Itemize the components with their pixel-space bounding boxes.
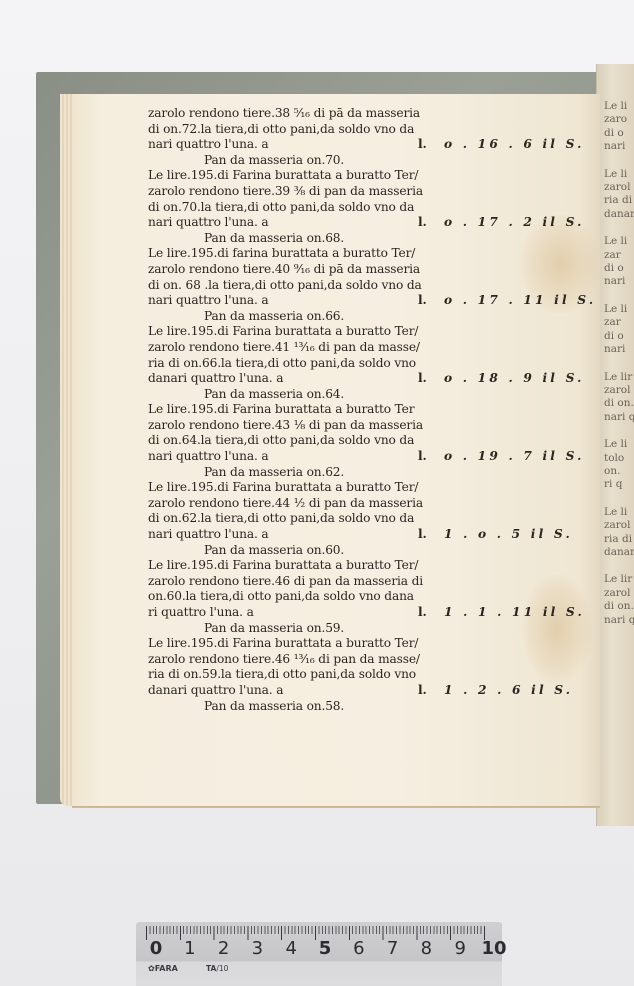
paragraph-gap [604, 357, 634, 371]
paragraph-gap [604, 289, 634, 303]
ruler-numbers: 012345678910 [142, 938, 502, 960]
text-line: on.60.la tiera,di otto pani,da soldo vno… [148, 589, 592, 605]
lire-mark: l. [418, 137, 427, 153]
paragraph-gap [604, 221, 634, 235]
ruler-model: TA/10 [206, 964, 228, 973]
lire-mark: l. [418, 527, 427, 543]
text-line: zarolo rendono tiere.46 ¹³⁄₁₆ di pan da … [148, 652, 592, 668]
line-text: di on.70.la tiera,di otto pani,da soldo … [148, 200, 414, 216]
text-line: zarolo rendono tiere.44 ¹⁄₂ di pan da ma… [148, 496, 592, 512]
price-value: o . 17 . 2 il S. [444, 215, 585, 231]
page-text: zarolo rendono tiere.38 ⁵⁄₁₆ di pā da ma… [148, 106, 592, 714]
line-text: Pan da masseria on.60. [204, 543, 344, 559]
text-line: ria di on.66.la tiera,di otto pani,da so… [148, 356, 592, 372]
line-text: di on.72.la tiera,di otto pani,da soldo … [148, 122, 414, 138]
next-page-line: ria di [604, 533, 634, 546]
text-line: zarolo rendono tiere.41 ¹³⁄₁₆ di pan da … [148, 340, 592, 356]
line-text: nari quattro l'una. a [148, 293, 269, 309]
section-heading: Pan da masseria on.60. [148, 543, 592, 559]
next-page-line: Le lir [604, 573, 634, 586]
ruler-number: 6 [353, 938, 364, 959]
next-page-line: di o [604, 330, 634, 343]
line-text: zarolo rendono tiere.39 ³⁄₈ di pan da ma… [148, 184, 423, 200]
lire-mark: l. [418, 605, 427, 621]
text-line: di on. 68 .la tiera,di otto pani,da sold… [148, 278, 592, 294]
next-page-line: di on. [604, 397, 634, 410]
text-line: di on.62.la tiera,di otto pani,da soldo … [148, 511, 592, 527]
price-value: o . 18 . 9 il S. [444, 371, 585, 387]
lire-mark: l. [418, 449, 427, 465]
line-text: Pan da masseria on.58. [204, 699, 344, 715]
next-page-line: zar [604, 316, 634, 329]
price-value: o . 17 . 11 il S. [444, 293, 596, 309]
price-value: 1 . 1 . 11 il S. [444, 605, 585, 621]
line-text: Le lire.195.di Farina burattata a buratt… [148, 168, 418, 184]
ruler-number: 8 [421, 938, 432, 959]
next-page-line: danar [604, 208, 634, 221]
section-heading: Pan da masseria on.59. [148, 621, 592, 637]
line-text: ria di on.59.la tiera,di otto pani,da so… [148, 667, 416, 683]
brand-logo-icon: ✿ [148, 964, 155, 973]
next-page-line: zar [604, 249, 634, 262]
next-page-fragment: Le lizarodi onariLe lizarolria didanarLe… [604, 100, 634, 720]
text-line: zarolo rendono tiere.39 ³⁄₈ di pan da ma… [148, 184, 592, 200]
next-page-line: ria di [604, 194, 634, 207]
next-page-line: di o [604, 262, 634, 275]
next-page-line: nari [604, 140, 634, 153]
ruler-number: 2 [218, 938, 229, 959]
ruler-number: 10 [481, 938, 506, 959]
line-text: zarolo rendono tiere.40 ⁹⁄₁₆ di pā da ma… [148, 262, 420, 278]
price-value: 1 . o . 5 il S. [444, 527, 573, 543]
line-text: on.60.la tiera,di otto pani,da soldo vno… [148, 589, 414, 605]
price-entry-line: nari quattro l'una. al.o . 16 . 6 il S. [148, 137, 592, 153]
price-value: 1 . 2 . 6 il S. [444, 683, 573, 699]
price-entry-line: nari quattro l'una. al.1 . o . 5 il S. [148, 527, 592, 543]
ruler-number: 1 [184, 938, 195, 959]
paragraph-gap [604, 559, 634, 573]
text-line: di on.72.la tiera,di otto pani,da soldo … [148, 122, 592, 138]
brand-text: FARA [155, 964, 178, 973]
text-line: di on.64.la tiera,di otto pani,da soldo … [148, 433, 592, 449]
lire-mark: l. [418, 215, 427, 231]
next-page-line: Le li [604, 506, 634, 519]
line-text: nari quattro l'una. a [148, 527, 269, 543]
paragraph-gap [604, 424, 634, 438]
line-text: Pan da masseria on.59. [204, 621, 344, 637]
line-text: Pan da masseria on.66. [204, 309, 344, 325]
ruler-number: 3 [252, 938, 263, 959]
next-page-line: zaro [604, 113, 634, 126]
line-text: zarolo rendono tiere.46 ¹³⁄₁₆ di pan da … [148, 652, 420, 668]
model-prefix: TA [206, 964, 216, 973]
next-page-line: Le lir [604, 371, 634, 384]
line-text: Le lire.195.di Farina burattata a buratt… [148, 480, 418, 496]
text-line: zarolo rendono tiere.40 ⁹⁄₁₆ di pā da ma… [148, 262, 592, 278]
ruler-number: 7 [387, 938, 398, 959]
line-text: zarolo rendono tiere.44 ¹⁄₂ di pan da ma… [148, 496, 423, 512]
model-suffix: /10 [216, 964, 228, 973]
price-entry-line: danari quattro l'una. al.o . 18 . 9 il S… [148, 371, 592, 387]
next-page-line: Le li [604, 100, 634, 113]
next-page-line: zarol [604, 587, 634, 600]
next-page-line: on. [604, 465, 634, 478]
lire-mark: l. [418, 293, 427, 309]
section-heading: Pan da masseria on.66. [148, 309, 592, 325]
next-page-line: nari [604, 275, 634, 288]
next-page-line: Le li [604, 168, 634, 181]
text-line: ria di on.59.la tiera,di otto pani,da so… [148, 667, 592, 683]
next-page-line: nari q [604, 411, 634, 424]
paragraph-gap [604, 492, 634, 506]
line-text: Pan da masseria on.62. [204, 465, 344, 481]
next-page-line: Le li [604, 438, 634, 451]
price-entry-line: ri quattro l'una. al.1 . 1 . 11 il S. [148, 605, 592, 621]
price-entry-line: nari quattro l'una. al.o . 17 . 2 il S. [148, 215, 592, 231]
line-text: zarolo rendono tiere.38 ⁵⁄₁₆ di pā da ma… [148, 106, 420, 122]
line-text: di on. 68 .la tiera,di otto pani,da sold… [148, 278, 422, 294]
line-text: nari quattro l'una. a [148, 137, 269, 153]
ruler-number: 9 [454, 938, 465, 959]
line-text: nari quattro l'una. a [148, 215, 269, 231]
line-text: zarolo rendono tiere.46 di pan da masser… [148, 574, 423, 590]
section-heading: Pan da masseria on.64. [148, 387, 592, 403]
section-heading: Pan da masseria on.58. [148, 699, 592, 715]
price-value: o . 16 . 6 il S. [444, 137, 585, 153]
ruler-brand: ✿FARA [148, 964, 178, 973]
lire-mark: l. [418, 683, 427, 699]
line-text: danari quattro l'una. a [148, 371, 283, 387]
price-entry-line: danari quattro l'una. al.1 . 2 . 6 il S. [148, 683, 592, 699]
text-line: Le lire.195.di Farina burattata a buratt… [148, 558, 592, 574]
ruler-number: 4 [285, 938, 296, 959]
line-text: ria di on.66.la tiera,di otto pani,da so… [148, 356, 416, 372]
price-entry-line: nari quattro l'una. al.o . 19 . 7 il S. [148, 449, 592, 465]
ruler-number: 5 [319, 938, 332, 959]
text-line: Le lire.195.di Farina burattata a buratt… [148, 168, 592, 184]
price-entry-line: nari quattro l'una. al.o . 17 . 11 il S. [148, 293, 592, 309]
text-line: zarolo rendono tiere.46 di pan da masser… [148, 574, 592, 590]
lire-mark: l. [418, 371, 427, 387]
next-page-line: Le li [604, 235, 634, 248]
ruler-number: 0 [150, 938, 163, 959]
next-page-line: zarol [604, 181, 634, 194]
section-heading: Pan da masseria on.68. [148, 231, 592, 247]
next-page-line: Le li [604, 303, 634, 316]
line-text: Le lire.195.di Farina burattata a buratt… [148, 558, 418, 574]
line-text: zarolo rendono tiere.41 ¹³⁄₁₆ di pan da … [148, 340, 420, 356]
text-line: Le lire.195.di Farina burattata a buratt… [148, 324, 592, 340]
text-line: zarolo rendono tiere.43 ¹⁄₈ di pan da ma… [148, 418, 592, 434]
line-text: Pan da masseria on.64. [204, 387, 344, 403]
next-page-line: zarol [604, 519, 634, 532]
line-text: Le lire.195.di farina burattata a buratt… [148, 246, 415, 262]
line-text: Pan da masseria on.68. [204, 231, 344, 247]
text-line: Le lire.195.di farina burattata a buratt… [148, 246, 592, 262]
line-text: di on.64.la tiera,di otto pani,da soldo … [148, 433, 414, 449]
text-line: Le lire.195.di Farina burattata a buratt… [148, 636, 592, 652]
next-page-line: nari qu [604, 614, 634, 627]
text-line: Le lire.195.di Farina burattata a buratt… [148, 480, 592, 496]
line-text: di on.62.la tiera,di otto pani,da soldo … [148, 511, 414, 527]
next-page-line: di o [604, 127, 634, 140]
line-text: zarolo rendono tiere.43 ¹⁄₈ di pan da ma… [148, 418, 423, 434]
section-heading: Pan da masseria on.70. [148, 153, 592, 169]
measurement-ruler: 012345678910 ✿FARA TA/10 [136, 922, 502, 986]
next-page-line: tolo [604, 452, 634, 465]
line-text: danari quattro l'una. a [148, 683, 283, 699]
line-text: ri quattro l'una. a [148, 605, 254, 621]
next-page-line: di on. [604, 600, 634, 613]
line-text: Pan da masseria on.70. [204, 153, 344, 169]
next-page-line: zarol [604, 384, 634, 397]
text-line: zarolo rendono tiere.38 ⁵⁄₁₆ di pā da ma… [148, 106, 592, 122]
next-page-line: nari [604, 343, 634, 356]
text-line: Le lire.195.di Farina burattata a buratt… [148, 402, 592, 418]
next-page-line: ri q [604, 478, 634, 491]
price-value: o . 19 . 7 il S. [444, 449, 585, 465]
line-text: nari quattro l'una. a [148, 449, 269, 465]
line-text: Le lire.195.di Farina burattata a buratt… [148, 402, 414, 418]
line-text: Le lire.195.di Farina burattata a buratt… [148, 324, 418, 340]
line-text: Le lire.195.di Farina burattata a buratt… [148, 636, 418, 652]
text-line: di on.70.la tiera,di otto pani,da soldo … [148, 200, 592, 216]
next-page-line: danari [604, 546, 634, 559]
section-heading: Pan da masseria on.62. [148, 465, 592, 481]
paragraph-gap [604, 154, 634, 168]
